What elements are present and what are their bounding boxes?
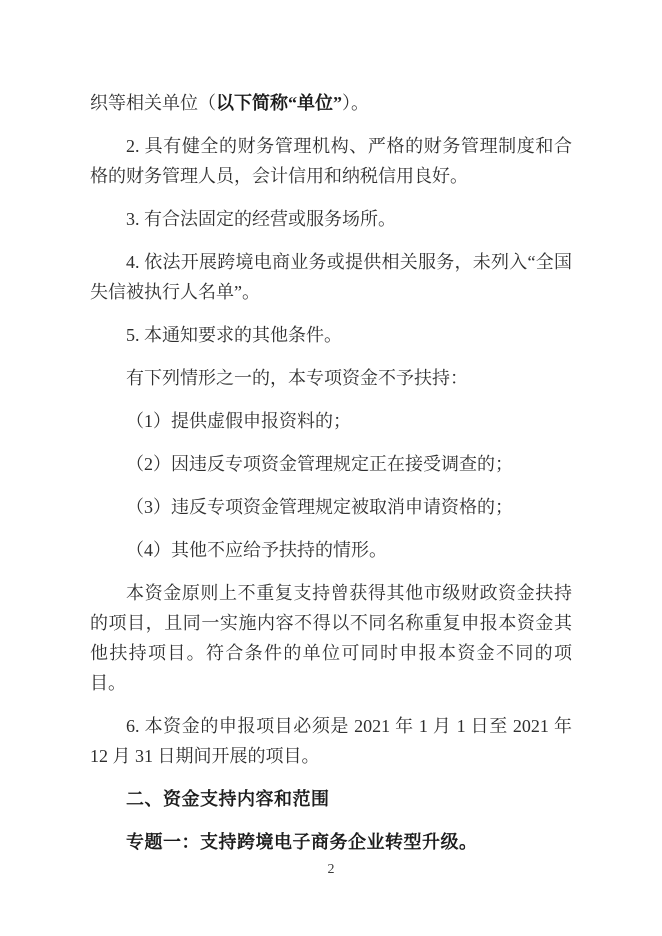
text-run: 二、资金支持内容和范围 (126, 789, 330, 809)
paragraph: 4. 依法开展跨境电商业务或提供相关服务，未列入“全国失信被执行人名单”。 (90, 247, 572, 307)
text-run: （4）其他不应给予扶持的情形。 (126, 540, 387, 560)
text-run: 专题一：支持跨境电子商务企业转型升级。 (126, 832, 478, 852)
paragraph: （1）提供虚假申报资料的； (90, 406, 572, 436)
page-footer: 2 (0, 861, 662, 879)
text-run: 本资金原则上不重复支持曾获得其他市级财政资金扶持的项目，且同一实施内容不得以不同… (90, 583, 572, 693)
paragraph: 6. 本资金的申报项目必须是 2021 年 1 月 1 日至 2021 年 12… (90, 711, 572, 771)
paragraph: 5. 本通知要求的其他条件。 (90, 320, 572, 350)
section-heading: 二、资金支持内容和范围 (90, 784, 572, 814)
document-page: 织等相关单位（以下简称“单位”）。2. 具有健全的财务管理机构、严格的财务管理制… (0, 0, 662, 936)
text-run: 5. 本通知要求的其他条件。 (126, 325, 342, 345)
text-run: 织等相关单位（ (90, 93, 216, 113)
paragraph: 有下列情形之一的，本专项资金不予扶持： (90, 363, 572, 393)
text-run: （2）因违反专项资金管理规定正在接受调查的； (126, 454, 513, 474)
page-number: 2 (328, 862, 335, 877)
document-body: 织等相关单位（以下简称“单位”）。2. 具有健全的财务管理机构、严格的财务管理制… (90, 88, 572, 870)
text-run: 以下简称“单位” (216, 93, 342, 113)
paragraph: （2）因违反专项资金管理规定正在接受调查的； (90, 449, 572, 479)
paragraph: （3）违反专项资金管理规定被取消申请资格的； (90, 492, 572, 522)
text-run: 6. 本资金的申报项目必须是 2021 年 1 月 1 日至 2021 年 12… (90, 716, 572, 766)
paragraph: 2. 具有健全的财务管理机构、严格的财务管理制度和合格的财务管理人员，会计信用和… (90, 131, 572, 191)
text-run: ）。 (342, 93, 369, 113)
paragraph: 3. 有合法固定的经营或服务场所。 (90, 204, 572, 234)
paragraph: （4）其他不应给予扶持的情形。 (90, 535, 572, 565)
paragraph: 本资金原则上不重复支持曾获得其他市级财政资金扶持的项目，且同一实施内容不得以不同… (90, 578, 572, 698)
text-run: （1）提供虚假申报资料的； (126, 411, 351, 431)
text-run: 4. 依法开展跨境电商业务或提供相关服务，未列入“全国失信被执行人名单”。 (90, 252, 572, 302)
text-run: 3. 有合法固定的经营或服务场所。 (126, 209, 396, 229)
section-heading: 专题一：支持跨境电子商务企业转型升级。 (90, 827, 572, 857)
paragraph: 织等相关单位（以下简称“单位”）。 (90, 88, 572, 118)
text-run: （3）违反专项资金管理规定被取消申请资格的； (126, 497, 513, 517)
text-run: 有下列情形之一的，本专项资金不予扶持： (126, 368, 468, 388)
text-run: 2. 具有健全的财务管理机构、严格的财务管理制度和合格的财务管理人员，会计信用和… (90, 136, 572, 186)
